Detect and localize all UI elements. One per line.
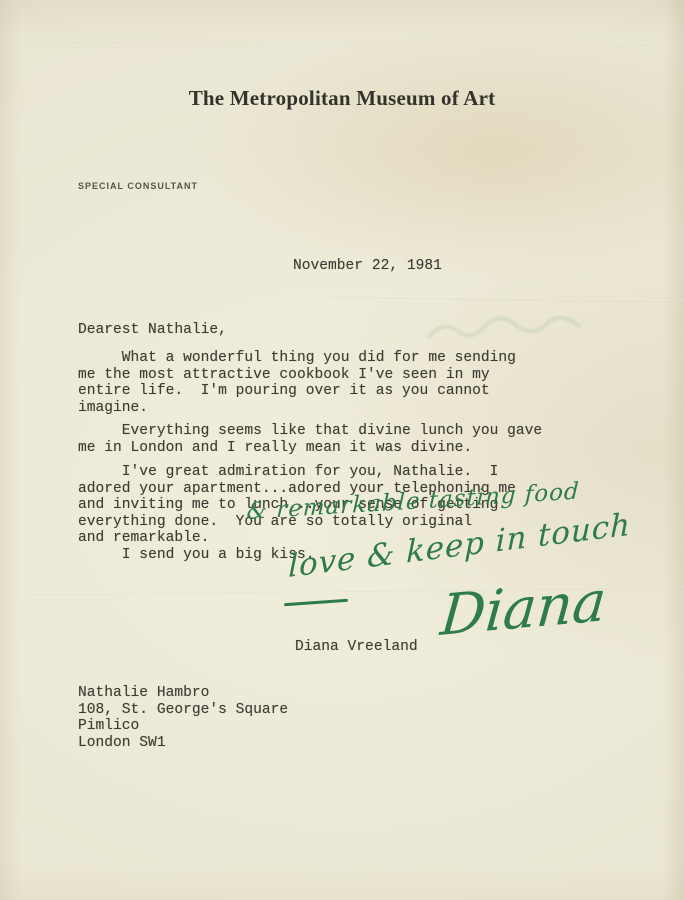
paragraph-2: Everything seems like that divine lunch …	[78, 423, 568, 456]
handwritten-signature: Diana	[438, 569, 609, 649]
salutation: Dearest Nathalie,	[78, 322, 227, 339]
paragraph-1: What a wonderful thing you did for me se…	[78, 350, 558, 416]
paper-crease-middle	[330, 296, 684, 303]
ink-show-through-mark	[424, 312, 584, 352]
paper-crease-top	[0, 40, 684, 46]
letterhead-title: The Metropolitan Museum of Art	[0, 86, 684, 111]
closing-note-underline	[284, 599, 348, 606]
recipient-address: Nathalie Hambro 108, St. George's Square…	[78, 685, 288, 751]
consultant-label: SPECIAL CONSULTANT	[78, 181, 198, 191]
date-line: November 22, 1981	[293, 258, 442, 275]
typed-signature: Diana Vreeland	[295, 639, 418, 656]
